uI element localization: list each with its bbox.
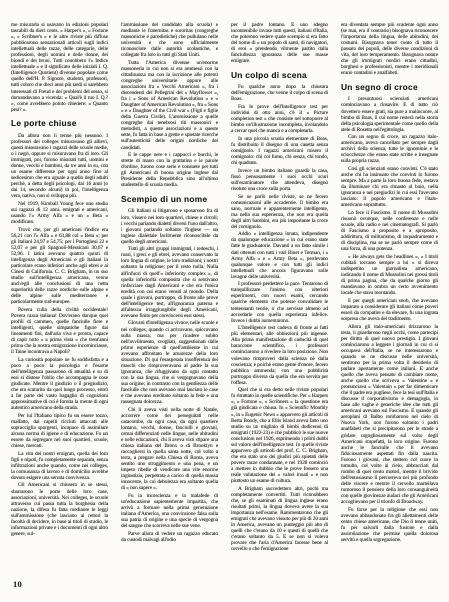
paragraph: Lo fece il Fascismo. Il nome di Mussolin… <box>341 210 438 252</box>
paragraph: Allora gli italo-americani drizzarono la… <box>341 324 438 505</box>
paragraph: per il padre lontano. E uno sdegno incon… <box>231 22 328 64</box>
section-heading: Scempio di un nome <box>121 195 218 204</box>
paragraph: Fu qualche anno dopo la chiusura dell'em… <box>231 84 328 102</box>
paragraph: Da allora non li tenne più nessuno. I pr… <box>11 133 108 200</box>
paragraph: E per quegli americani snob, che avevano… <box>341 298 438 322</box>
paragraph: Giovani d'intelligenza vivace, nelle scu… <box>121 320 218 405</box>
paragraph: Per lui l'Italiano tipico fu un essere t… <box>11 413 108 449</box>
section-heading: Le porte chiuse <box>11 119 108 128</box>
paragraph: Chi li aveva visti nella notte di Natale… <box>121 407 218 492</box>
paragraph: era diventata sempre più scadente ogni a… <box>341 22 438 76</box>
section-heading: Un colpo di scena <box>231 71 328 80</box>
paragraph: Tutti gli altri gruppi immigrati, i tede… <box>121 246 218 319</box>
paragraph: Trovò che, per gli americani l'indice er… <box>11 227 108 306</box>
paragraph: A Brigham succedettero altri, pochi ma c… <box>231 486 328 553</box>
paragraph: Invece un bimbo italiano guardò la casa,… <box>231 168 328 192</box>
text-column-2: l'ammissione del candidato alla scuola) … <box>121 22 218 574</box>
paragraph: l'ammissione del candidato alla scuola) … <box>121 22 218 58</box>
paragraph: La curiosità popolare ne fu soddisfatta … <box>11 357 108 411</box>
section-heading: Un segno di croce <box>341 83 438 92</box>
paragraph: Nel 1919, Kimball Young fece uno studio … <box>11 201 108 225</box>
paragraph: Parve allora di vedere un ragazzo educat… <box>121 531 218 543</box>
paragraph: « He always gets the headlines », « I ti… <box>341 254 438 296</box>
paragraph: Gli Americani si chiusero in se stessi, … <box>11 482 108 536</box>
text-column-3: per il padre lontano. E uno sdegno incon… <box>231 22 328 574</box>
paragraph: In una piccola scuola elementare di Boas… <box>231 136 328 166</box>
paragraph: Con un segno di croce, un ragazzo italo-… <box>341 134 438 164</box>
paragraph: Fu forse per la religione che essi non a… <box>341 507 438 543</box>
text-column-1: me misurarla si usavano in edizioni popo… <box>11 22 108 574</box>
paragraph: La vita dei nostri emigrati, quella dei … <box>11 451 108 481</box>
paragraph: Così gli scienziati erano convinti. C'è … <box>341 166 438 208</box>
paragraph: Fu la incoscienza e la malafede di un'ed… <box>121 493 218 529</box>
paragraph: I professori perdettero la pace. Tentaro… <box>231 281 328 323</box>
paragraph: Addio « intelligenza innata, indipendent… <box>231 231 328 279</box>
paragraph: E le cappe nere e i cappucci e burchi, l… <box>121 152 218 188</box>
paragraph: me misurarla si usavano in edizioni popo… <box>11 22 108 113</box>
scanned-magazine-page: me misurarla si usavano in edizioni popo… <box>0 0 449 602</box>
paragraph: I presuntuosi scienziati americani comin… <box>341 96 438 132</box>
paragraph: Povera culla della civiltà occidentale! … <box>11 307 108 355</box>
paragraph: Fra le prove dell'Intelligence test per … <box>231 104 328 134</box>
paragraph: Quel che si era detto nelle riviste popo… <box>231 387 328 484</box>
paragraph: Tutta l'America divenne un'enorme masson… <box>121 60 218 151</box>
page-number: 10 <box>13 579 22 589</box>
paragraph: Se ne parlò nelle riviste, se ne fecero … <box>231 194 328 230</box>
text-column-4: era diventata sempre più scadente ogni a… <box>341 22 438 574</box>
paragraph: Gli Italiani si litigarono e sposarono f… <box>121 208 218 244</box>
paragraph: L'Intelligence test cadeva di fronte ai … <box>231 325 328 385</box>
